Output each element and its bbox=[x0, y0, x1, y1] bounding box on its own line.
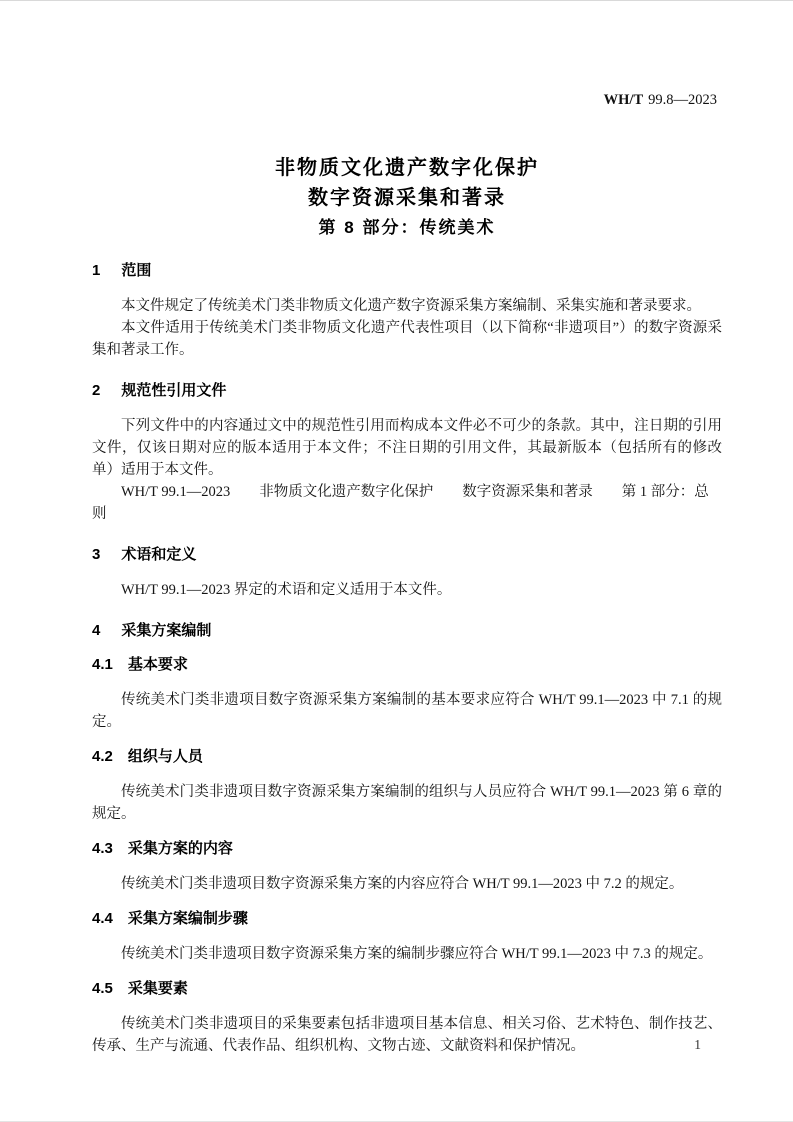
clause-3-heading: 3术语和定义 bbox=[92, 545, 722, 565]
clause-4-3-number: 4.3 bbox=[92, 839, 113, 859]
clause-4-3-title: 采集方案的内容 bbox=[128, 840, 233, 857]
clause-3-number: 3 bbox=[92, 545, 100, 565]
clause-4-1-paragraph-1: 传统美术门类非遗项目数字资源采集方案编制的基本要求应符合 WH/T 99.1—2… bbox=[92, 689, 722, 733]
document-page: WH/T99.8—2023 非物质文化遗产数字化保护 数字资源采集和著录 第 8… bbox=[0, 0, 793, 1122]
clause-4-5-heading: 4.5采集要素 bbox=[92, 979, 722, 999]
clause-4-4-title: 采集方案编制步骤 bbox=[128, 910, 248, 927]
clause-4-1-heading: 4.1基本要求 bbox=[92, 655, 722, 675]
clause-4-title: 采集方案编制 bbox=[121, 622, 211, 639]
clause-1-number: 1 bbox=[92, 261, 100, 281]
clause-4-5-paragraph-1: 传统美术门类非遗项目的采集要素包括非遗项目基本信息、相关习俗、艺术特色、制作技艺… bbox=[92, 1013, 722, 1057]
title-line-1: 非物质文化遗产数字化保护 bbox=[92, 153, 722, 183]
clause-1-title: 范围 bbox=[121, 262, 151, 279]
clause-2-heading: 2规范性引用文件 bbox=[92, 381, 722, 401]
clause-2-reference: WH/T 99.1—2023 非物质文化遗产数字化保护 数字资源采集和著录 第 … bbox=[92, 481, 722, 525]
document-content: 非物质文化遗产数字化保护 数字资源采集和著录 第 8 部分：传统美术 1范围 本… bbox=[0, 153, 793, 1057]
clause-4-2-heading: 4.2组织与人员 bbox=[92, 747, 722, 767]
title-line-3: 第 8 部分：传统美术 bbox=[92, 214, 722, 241]
clause-2-number: 2 bbox=[92, 381, 100, 401]
clause-4-4-number: 4.4 bbox=[92, 909, 113, 929]
clause-4-5-title: 采集要素 bbox=[128, 980, 188, 997]
clause-4-2-number: 4.2 bbox=[92, 747, 113, 767]
clause-4-1-number: 4.1 bbox=[92, 655, 113, 675]
clause-3-paragraph-1: WH/T 99.1—2023 界定的术语和定义适用于本文件。 bbox=[92, 579, 722, 601]
clause-3-title: 术语和定义 bbox=[121, 546, 196, 563]
clause-4-3-paragraph-1: 传统美术门类非遗项目数字资源采集方案的内容应符合 WH/T 99.1—2023 … bbox=[92, 873, 722, 895]
clause-4-1-title: 基本要求 bbox=[128, 656, 188, 673]
clause-4-number: 4 bbox=[92, 621, 100, 641]
document-title: 非物质文化遗产数字化保护 数字资源采集和著录 第 8 部分：传统美术 bbox=[92, 153, 722, 241]
standard-code-label: WH/T bbox=[604, 92, 643, 108]
clause-1-paragraph-2: 本文件适用于传统美术门类非物质文化遗产代表性项目（以下简称“非遗项目”）的数字资… bbox=[92, 317, 722, 361]
clause-4-3-heading: 4.3采集方案的内容 bbox=[92, 839, 722, 859]
standard-code-number: 99.8—2023 bbox=[648, 92, 717, 108]
clause-4-5-number: 4.5 bbox=[92, 979, 113, 999]
clause-4-heading: 4采集方案编制 bbox=[92, 621, 722, 641]
clause-2-title: 规范性引用文件 bbox=[121, 382, 226, 399]
clause-1-paragraph-1: 本文件规定了传统美术门类非物质文化遗产数字资源采集方案编制、采集实施和著录要求。 bbox=[92, 295, 722, 317]
title-line-2: 数字资源采集和著录 bbox=[92, 183, 722, 213]
clause-1-heading: 1范围 bbox=[92, 261, 722, 281]
clause-4-2-title: 组织与人员 bbox=[128, 748, 203, 765]
clause-4-4-heading: 4.4采集方案编制步骤 bbox=[92, 909, 722, 929]
clause-4-2-paragraph-1: 传统美术门类非遗项目数字资源采集方案编制的组织与人员应符合 WH/T 99.1—… bbox=[92, 781, 722, 825]
page-number: 1 bbox=[694, 1037, 701, 1053]
document-header: WH/T99.8—2023 bbox=[604, 92, 717, 108]
clause-4-4-paragraph-1: 传统美术门类非遗项目数字资源采集方案的编制步骤应符合 WH/T 99.1—202… bbox=[92, 943, 722, 965]
clause-2-paragraph-1: 下列文件中的内容通过文中的规范性引用而构成本文件必不可少的条款。其中，注日期的引… bbox=[92, 415, 722, 481]
